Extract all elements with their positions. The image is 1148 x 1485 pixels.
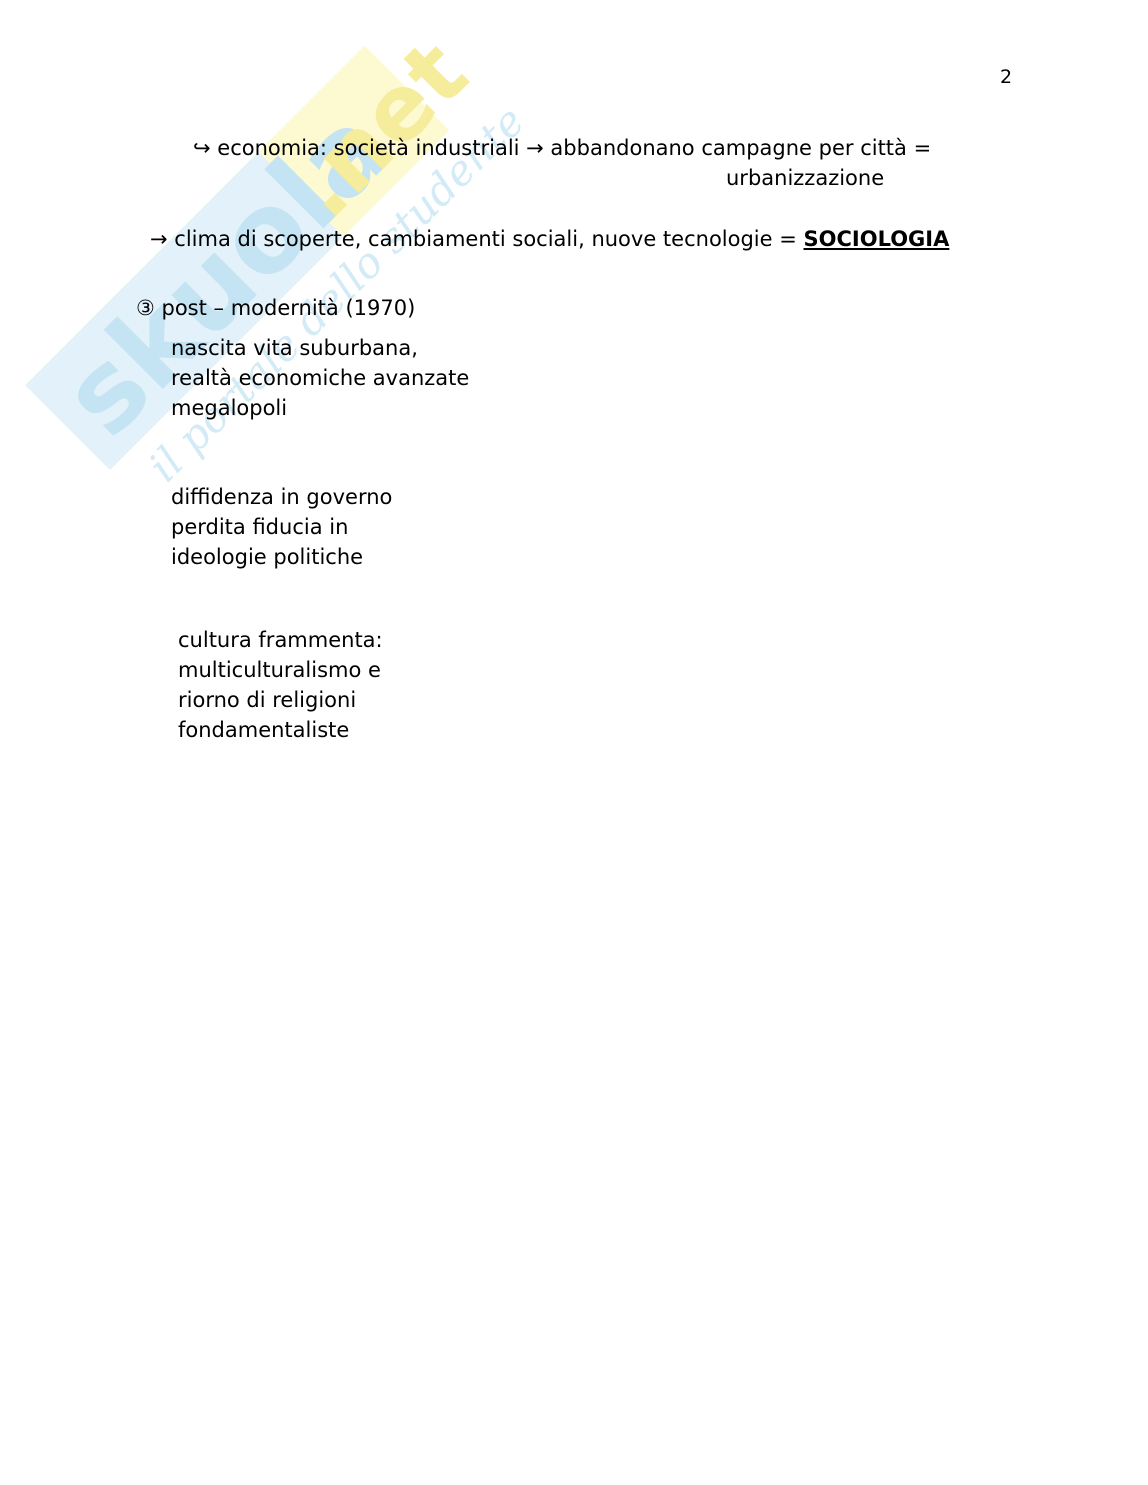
group-3-item: cultura frammenta:	[178, 625, 383, 655]
group-3-item: riorno di religioni	[178, 685, 356, 715]
urbanizzazione-line: urbanizzazione	[726, 163, 884, 193]
economia-line: ↪ economia: società industriali → abband…	[193, 133, 931, 163]
group-1-item: nascita vita suburbana,	[171, 333, 418, 363]
clima-line: → clima di scoperte, cambiamenti sociali…	[150, 224, 949, 254]
svg-text:.net: .net	[271, 21, 488, 238]
group-1-item: realtà economiche avanzate	[171, 363, 469, 393]
group-2-item: perdita fiducia in	[171, 512, 348, 542]
group-3-item: multiculturalismo e	[178, 655, 381, 685]
group-1-item: megalopoli	[171, 393, 287, 423]
group-2-item: ideologie politiche	[171, 542, 363, 572]
group-3-item: fondamentaliste	[178, 715, 349, 745]
clima-text: → clima di scoperte, cambiamenti sociali…	[150, 227, 804, 251]
sociologia-emphasis: SOCIOLOGIA	[804, 227, 950, 251]
group-2-item: diffidenza in governo	[171, 482, 392, 512]
watermark: skuola .net il portale dello studente	[0, 0, 1148, 1485]
section-heading: ③ post – modernità (1970)	[136, 293, 415, 323]
page-number: 2	[1000, 66, 1012, 88]
